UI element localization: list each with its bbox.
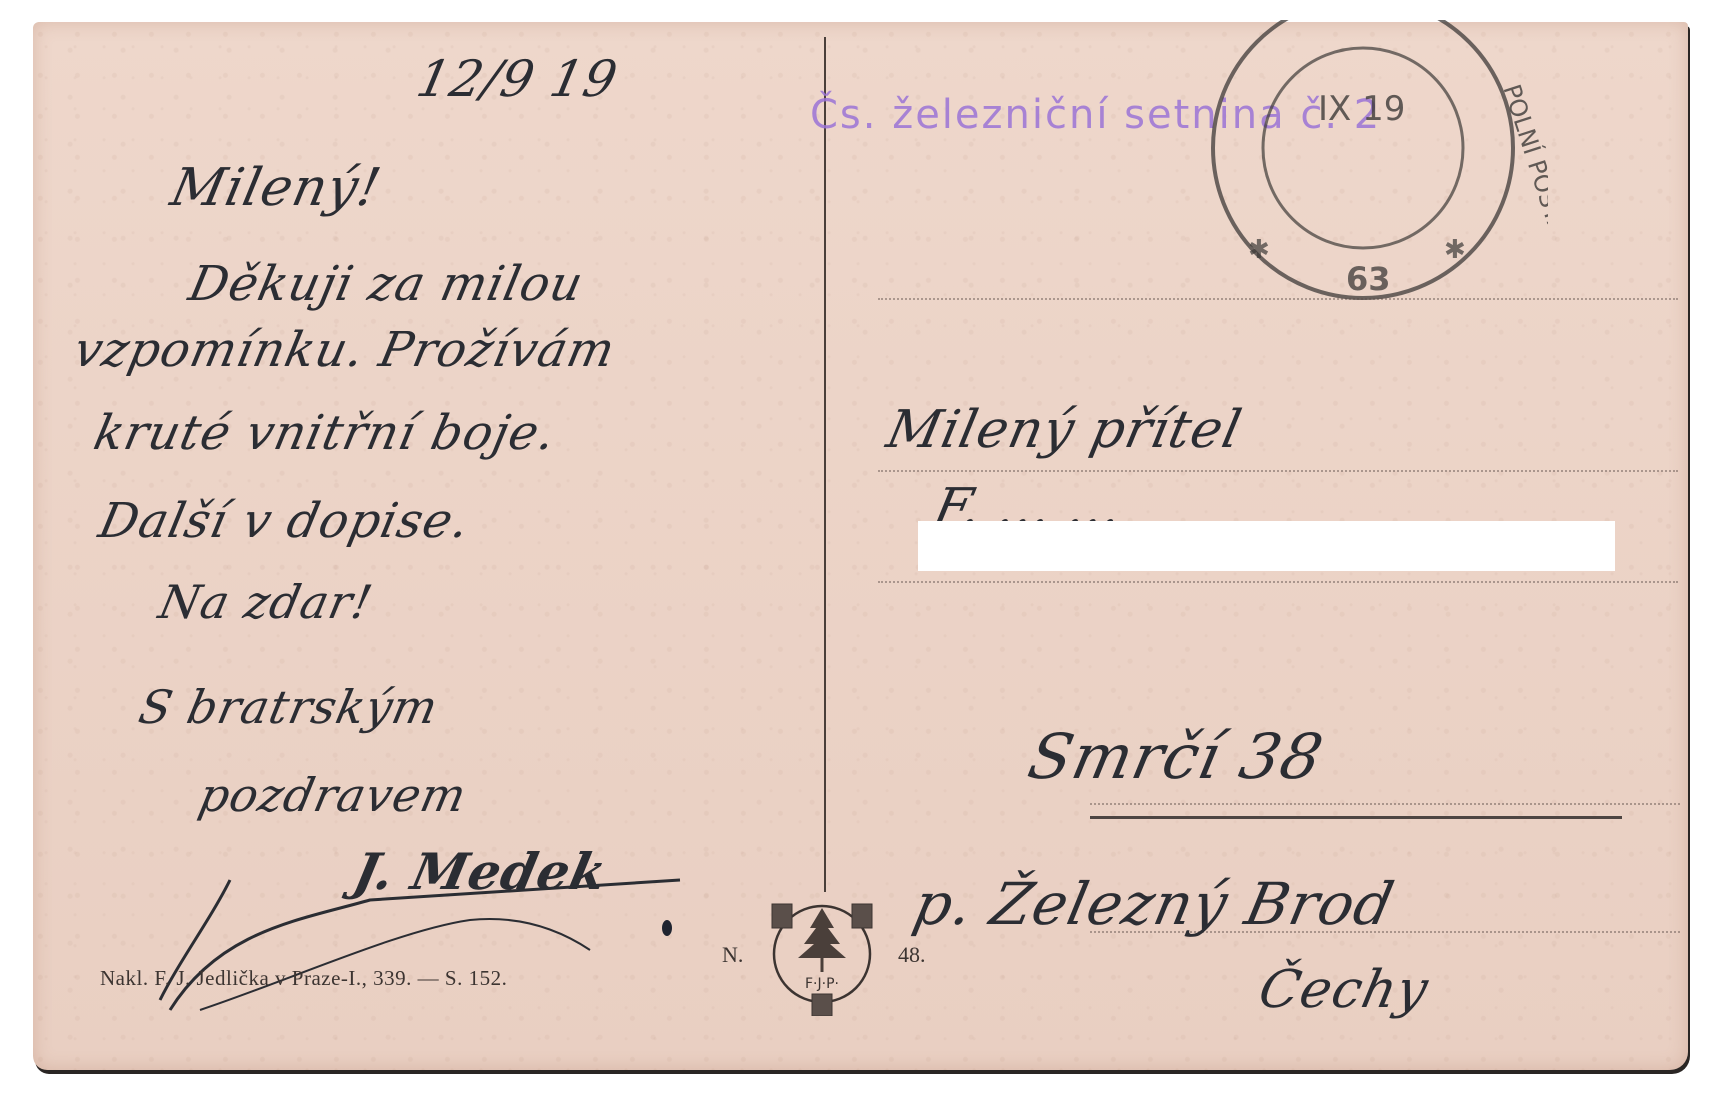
message-line-7: pozdravem bbox=[194, 768, 472, 822]
ink-blot bbox=[662, 920, 672, 936]
message-line-5: Na zdar! bbox=[154, 575, 377, 629]
message-line-6: S bratrským bbox=[134, 680, 443, 734]
message-line-4: Další v dopise. bbox=[94, 493, 475, 549]
address-rule-1 bbox=[878, 298, 1678, 300]
signature-flourish bbox=[140, 860, 700, 1020]
address-line-1: Milený přítel bbox=[882, 400, 1248, 460]
field-post-postmark: IX 19 POLNÍ POŠTA 63 ✱ ✱ bbox=[1178, 20, 1548, 320]
message-line-2: vzpomínku. Prožívám bbox=[69, 322, 620, 378]
address-line-4: p. Železný Brod bbox=[908, 870, 1400, 938]
address-rule-3 bbox=[878, 581, 1678, 583]
message-line-1: Děkuji za milou bbox=[184, 256, 588, 312]
fir-tree-icon: F·J·P· bbox=[762, 896, 882, 1016]
message-salutation: Milený! bbox=[166, 158, 387, 218]
address-rule-4 bbox=[1090, 803, 1680, 805]
publisher-imprint: Nakl. F. J. Jedlička v Praze-I., 339. — … bbox=[100, 966, 507, 991]
center-divider-line bbox=[824, 37, 826, 892]
svg-text:✱: ✱ bbox=[1444, 235, 1466, 264]
svg-text:F·J·P·: F·J·P· bbox=[805, 976, 839, 992]
message-date: 12/9 19 bbox=[412, 50, 623, 108]
series-prefix: N. bbox=[722, 942, 743, 968]
svg-text:63: 63 bbox=[1346, 260, 1391, 298]
address-line-5: Čechy bbox=[1254, 960, 1434, 1020]
series-number: 48. bbox=[898, 942, 926, 968]
address-underline bbox=[1090, 816, 1622, 819]
address-rule-2 bbox=[878, 470, 1678, 472]
svg-text:IX 19: IX 19 bbox=[1318, 89, 1405, 129]
address-line-3: Smrčí 38 bbox=[1022, 720, 1330, 793]
svg-text:✱: ✱ bbox=[1248, 235, 1270, 264]
publisher-logo: N. F·J·P· 48. bbox=[722, 890, 922, 1030]
redaction-bar bbox=[918, 521, 1615, 571]
svg-text:POLNÍ POŠTA: POLNÍ POŠTA bbox=[1497, 80, 1548, 239]
message-line-3: kruté vnitřní boje. bbox=[89, 405, 561, 461]
